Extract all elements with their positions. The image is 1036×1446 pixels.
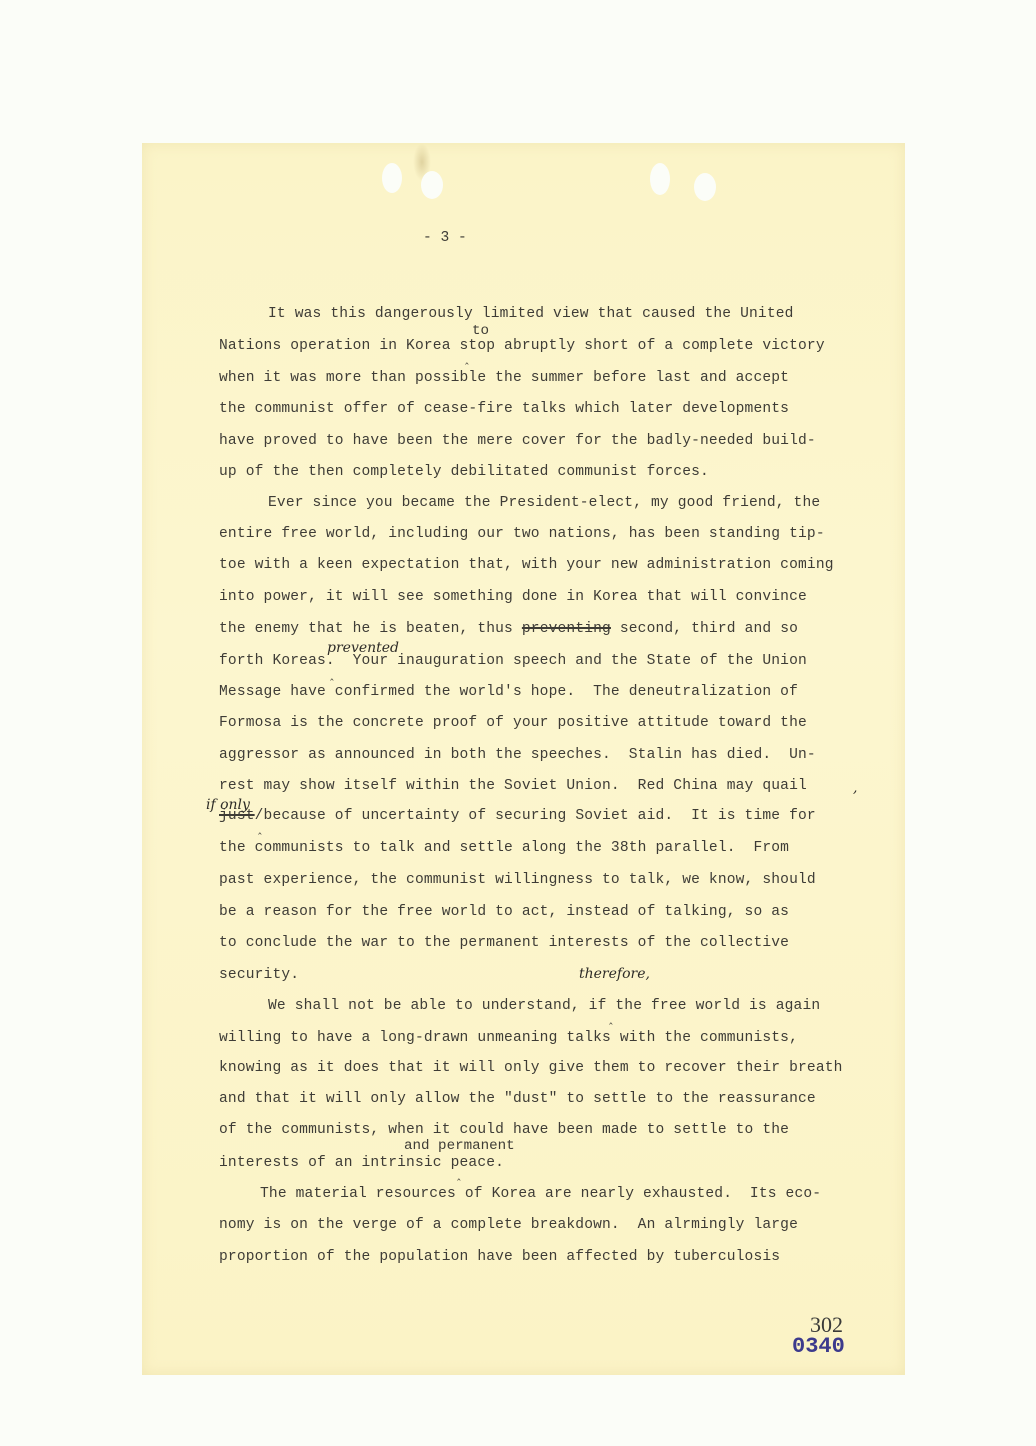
text-line: the communists to talk and settle along … bbox=[219, 840, 789, 856]
text-line: of the communists, when it could have be… bbox=[219, 1122, 789, 1138]
handwritten-note: therefore, bbox=[579, 966, 650, 982]
text-segment: /because of uncertainty of securing Sovi… bbox=[255, 808, 816, 824]
text-line: toe with a keen expectation that, with y… bbox=[219, 557, 834, 573]
text-line: entire free world, including our two nat… bbox=[219, 526, 825, 542]
text-line: aggressor as announced in both the speec… bbox=[219, 747, 816, 763]
text-line: be a reason for the free world to act, i… bbox=[219, 904, 789, 920]
text-line: nomy is on the verge of a complete break… bbox=[219, 1217, 798, 1233]
text-segment: the enemy that he is beaten, thus bbox=[219, 621, 522, 637]
caret-mark: ‸ bbox=[457, 1168, 461, 1181]
text-line: It was this dangerously limited view tha… bbox=[268, 306, 794, 322]
text-line: up of the then completely debilitated co… bbox=[219, 464, 709, 480]
text-line: have proved to have been the mere cover … bbox=[219, 433, 816, 449]
caret-mark: ‸ bbox=[465, 352, 469, 365]
text-line: Formosa is the concrete proof of your po… bbox=[219, 715, 807, 731]
text-line: knowing as it does that it will only giv… bbox=[219, 1060, 843, 1076]
page-number: - 3 - bbox=[423, 230, 467, 246]
caret-mark: ‸ bbox=[258, 822, 262, 835]
handwritten-note: , bbox=[853, 780, 857, 796]
text-line: just/because of uncertainty of securing … bbox=[219, 808, 816, 824]
text-line: forth Koreas. Your inauguration speech a… bbox=[219, 653, 807, 669]
caret-mark: ‸ bbox=[330, 668, 334, 681]
caret-mark: ‸ bbox=[609, 1012, 613, 1025]
punch-hole bbox=[694, 173, 716, 201]
text-line: when it was more than possible the summe… bbox=[219, 370, 789, 386]
text-line: Ever since you became the President-elec… bbox=[268, 495, 820, 511]
stamp-number: 0340 bbox=[792, 1336, 845, 1358]
text-line: the communist offer of cease-fire talks … bbox=[219, 401, 789, 417]
text-segment: second, third and so bbox=[611, 621, 798, 637]
typed-insertion: to bbox=[472, 323, 489, 339]
text-line: Message have confirmed the world's hope.… bbox=[219, 684, 798, 700]
text-line: interests of an intrinsic peace. bbox=[219, 1155, 504, 1171]
text-line: and that it will only allow the "dust" t… bbox=[219, 1091, 816, 1107]
punch-hole bbox=[650, 163, 670, 195]
punch-hole bbox=[421, 171, 443, 199]
text-line: Nations operation in Korea stop abruptly… bbox=[219, 338, 825, 354]
text-line: into power, it will see something done i… bbox=[219, 589, 807, 605]
handwritten-note: prevented bbox=[327, 640, 399, 656]
handwritten-note: if only bbox=[206, 797, 250, 813]
text-line: rest may show itself within the Soviet U… bbox=[219, 778, 807, 794]
text-line: proportion of the population have been a… bbox=[219, 1249, 780, 1265]
archive-number: 302 bbox=[810, 1314, 843, 1336]
typed-insertion: and permanent bbox=[404, 1138, 515, 1154]
struck-word: preventing bbox=[522, 621, 611, 637]
text-line: the enemy that he is beaten, thus preven… bbox=[219, 621, 798, 637]
text-line: past experience, the communist willingne… bbox=[219, 872, 816, 888]
punch-hole bbox=[382, 163, 402, 193]
text-line: We shall not be able to understand, if t… bbox=[268, 998, 820, 1014]
text-line: The material resources of Korea are near… bbox=[260, 1186, 821, 1202]
text-line: to conclude the war to the permanent int… bbox=[219, 935, 789, 951]
text-line: security. bbox=[219, 967, 299, 983]
text-line: willing to have a long-drawn unmeaning t… bbox=[219, 1030, 798, 1046]
